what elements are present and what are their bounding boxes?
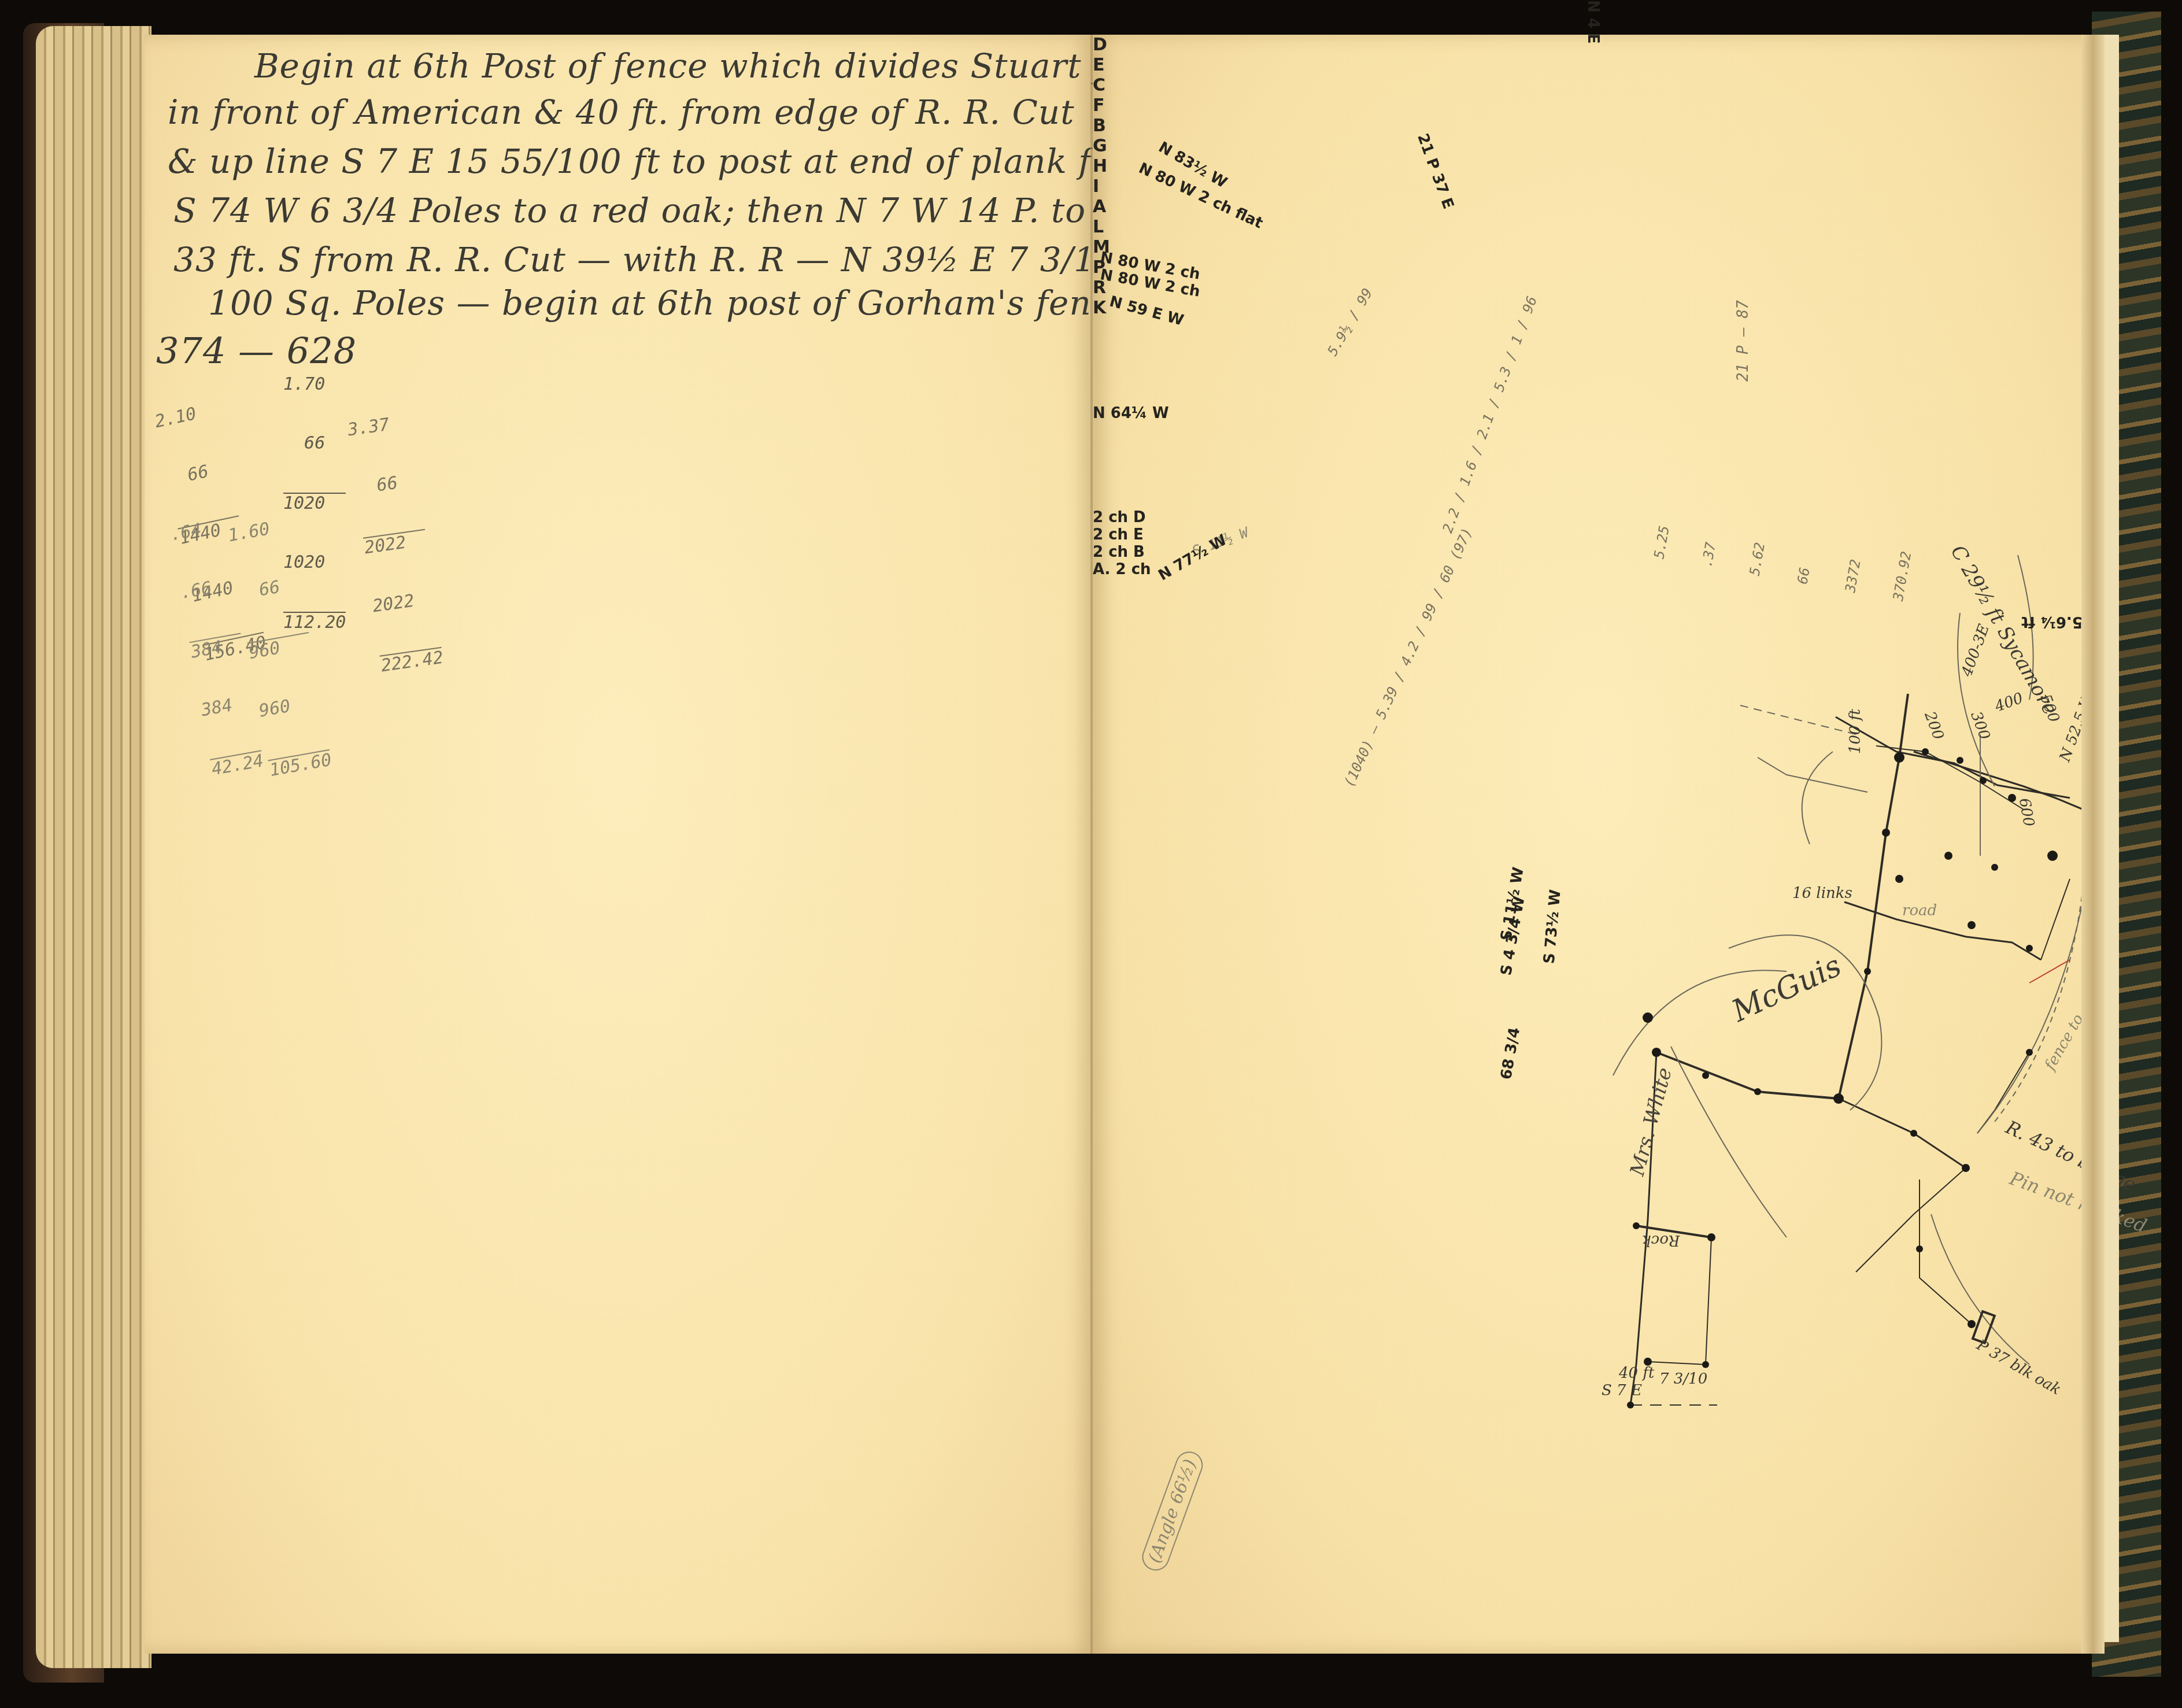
left-page: Begin at 6th Post of fence which divides… <box>145 35 1093 1654</box>
calc-line: 384 <box>199 692 254 720</box>
calc-line: 3.37 <box>346 412 411 441</box>
note-line-1: Begin at 6th Post of fence which divides… <box>254 46 1233 86</box>
calc-line: 66 <box>355 471 420 499</box>
calc-line: .66 <box>179 575 234 603</box>
calc-line: 66 <box>237 574 302 604</box>
annotation-road: road <box>1902 902 1937 919</box>
distance-label: 7 3/10 <box>1659 1370 1707 1388</box>
calculation-c: 3.37 66 2022 2022 222.42 <box>341 373 450 715</box>
calc-line: 42.24 <box>210 750 265 779</box>
note-line-6: 100 Sq. Poles — begin at 6th post of Gor… <box>208 283 1131 323</box>
calc-line: 2022 <box>363 529 428 559</box>
annotation-s7e: S 7 E <box>1602 1382 1642 1399</box>
endpaper-flap <box>2105 35 2119 1642</box>
note-line-2: in front of American & 40 ft. from edge … <box>168 93 1075 132</box>
calc-line: 1.60 <box>227 516 292 546</box>
contour-label: 100 ft <box>1847 709 1864 754</box>
calc-line: 2.10 <box>153 400 219 432</box>
distance-label: 40 ft <box>1619 1365 1654 1382</box>
page-edges-stack <box>36 26 151 1668</box>
calc-line: 66 <box>283 434 346 453</box>
calc-line: 960 <box>258 691 323 721</box>
page-right-edge <box>2081 35 2105 1654</box>
calc-line: 1.70 <box>283 375 346 394</box>
calc-line: .64 <box>169 517 224 545</box>
right-page: 5.9½ / 99 2.2 / 1.6 / 2.1 / 5.3 / 1 / 96… <box>1093 35 2093 1654</box>
calc-line: 1020 <box>283 493 346 513</box>
calc-line: 105.60 <box>268 749 333 781</box>
note-line-4: S 74 W 6 3/4 Poles to a red oak; then N … <box>173 191 1223 230</box>
calc-line: 384 <box>189 633 244 662</box>
distance-label: 85.6¼ ft <box>1093 613 2093 630</box>
annotation-rock: Rock <box>1642 1232 1680 1249</box>
distance-label: 16 links <box>1792 885 1852 902</box>
calc-line: 2022 <box>371 589 436 617</box>
calc-line: 222.42 <box>380 647 445 676</box>
calc-line: 960 <box>247 632 313 663</box>
